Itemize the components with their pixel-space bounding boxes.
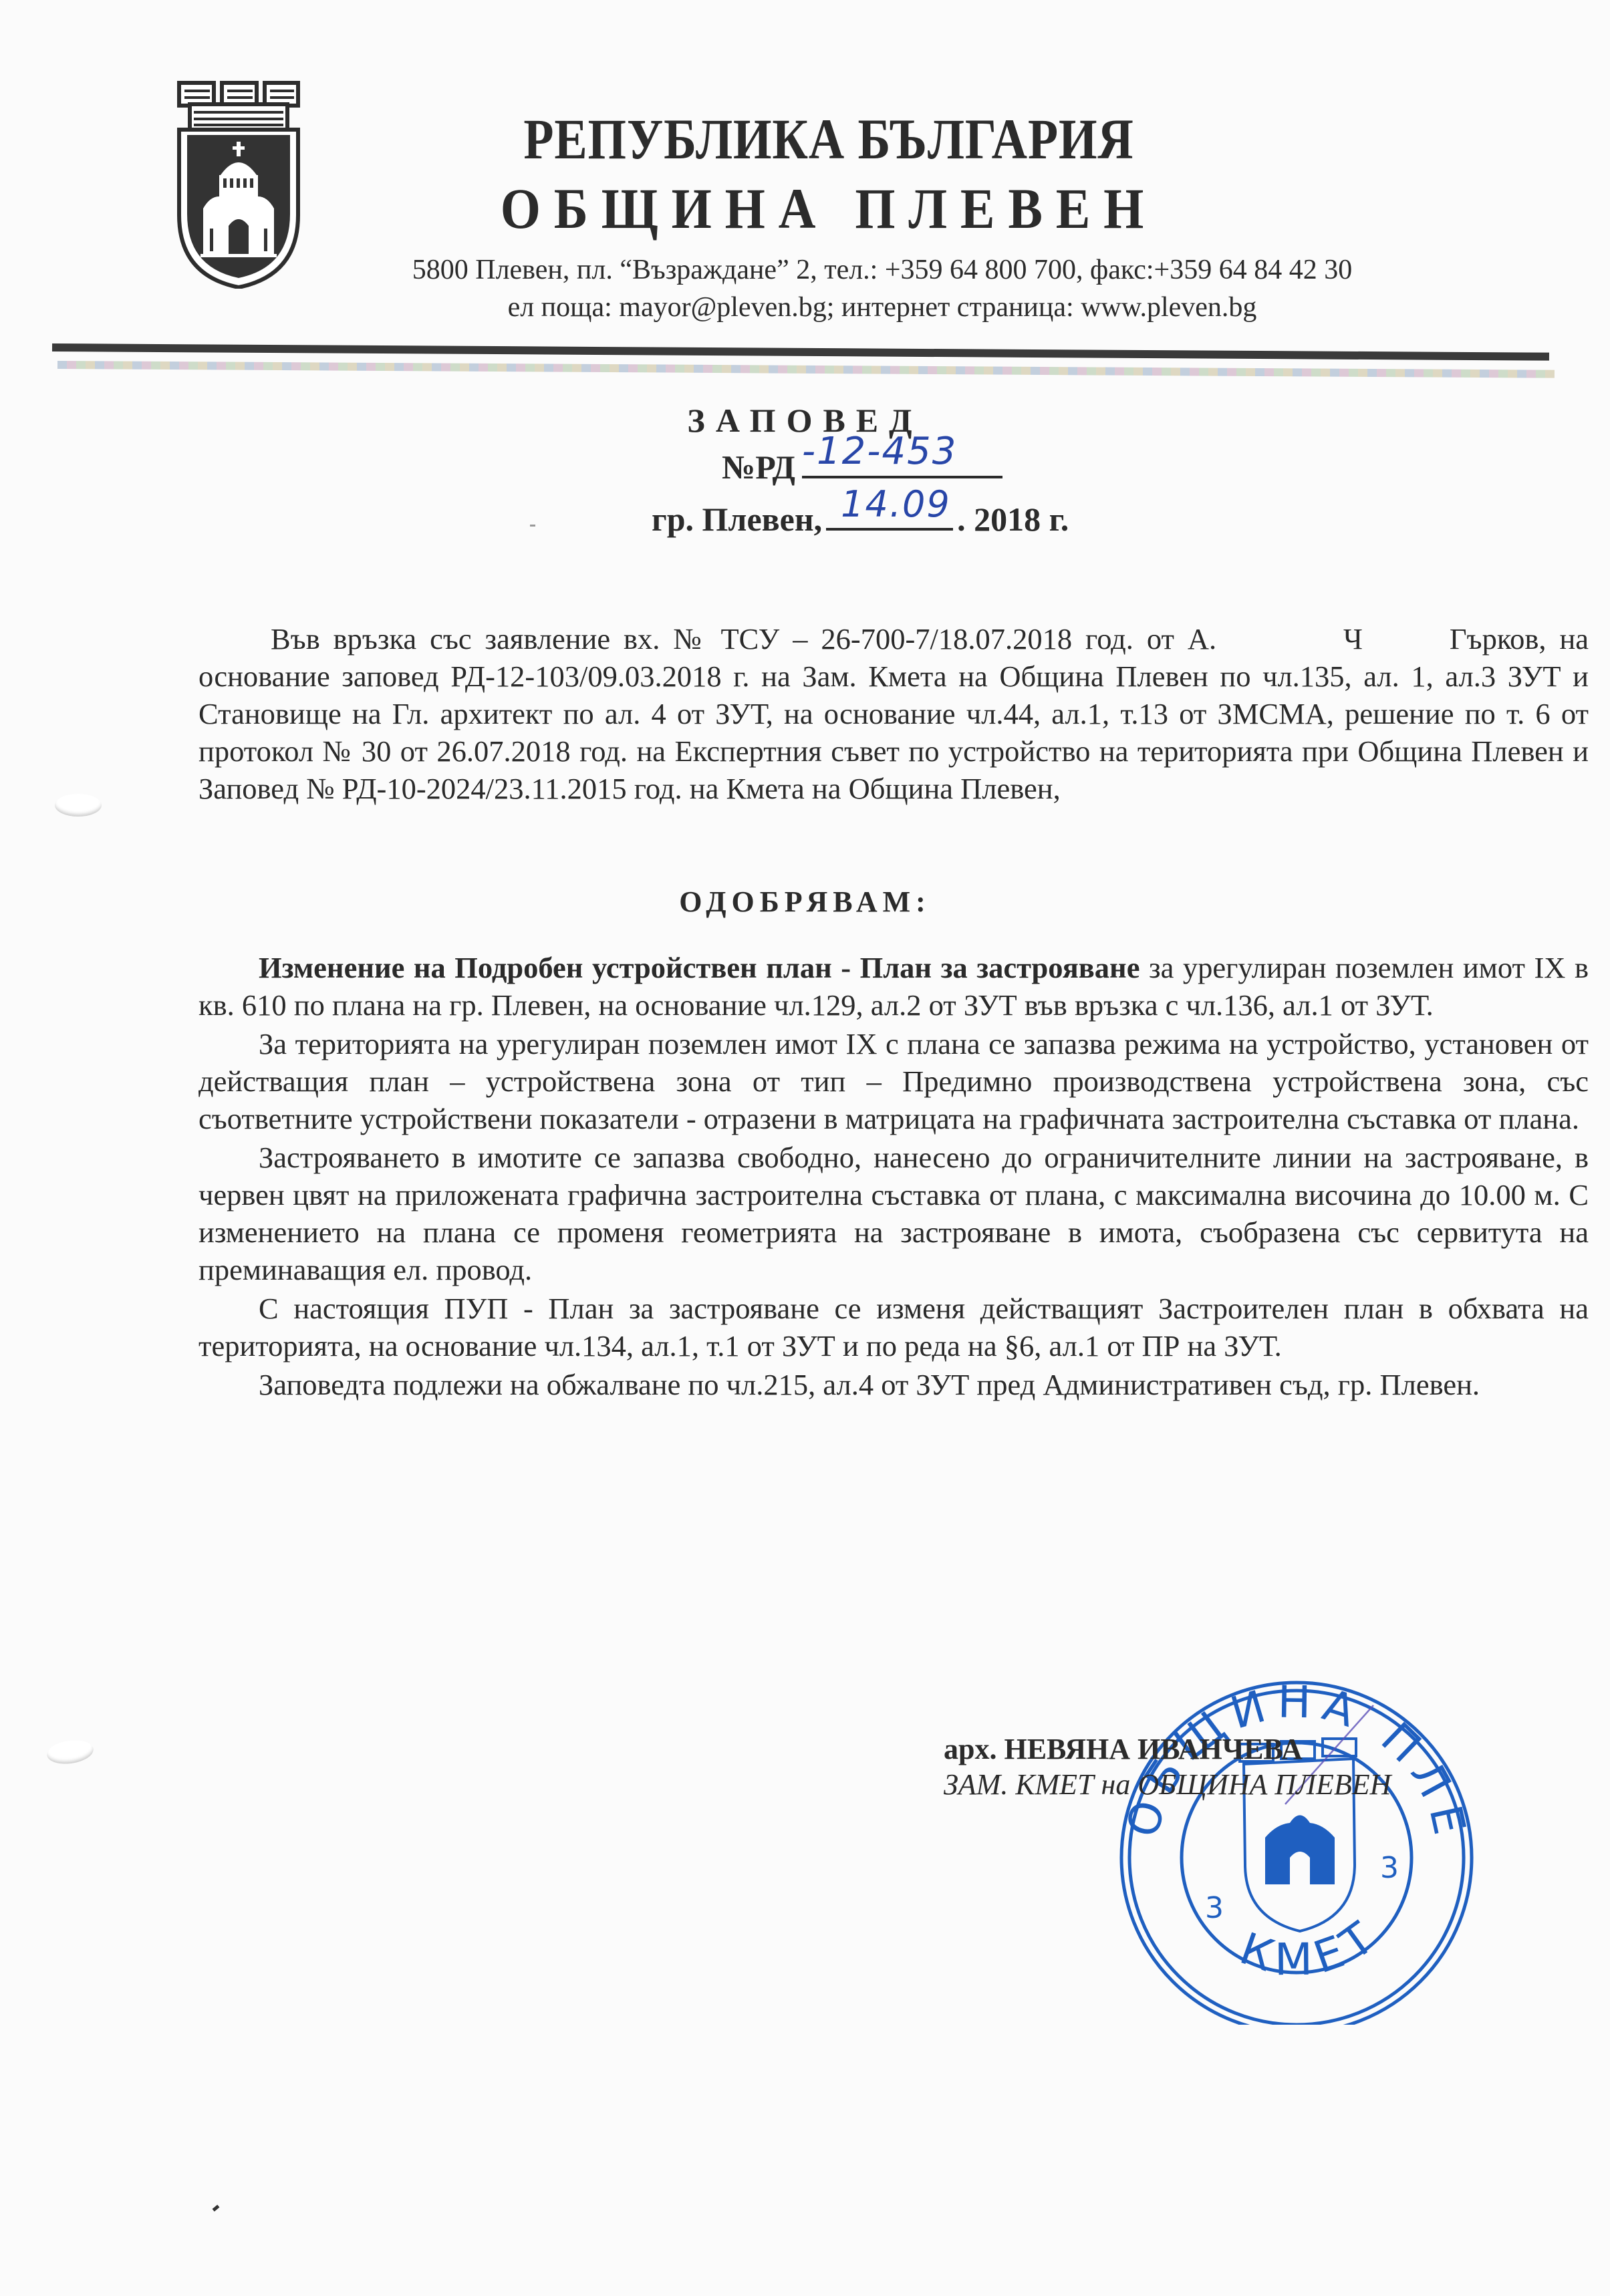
approve-heading: ОДОБРЯВАМ:	[0, 885, 1610, 919]
header-divider	[52, 343, 1549, 361]
pleven-coat-of-arms-icon	[175, 75, 302, 289]
scan-speck	[530, 525, 535, 527]
date-blank: 14.09	[826, 494, 953, 531]
intro-initial: Ч	[1343, 622, 1363, 656]
date-suffix: . 2018 г.	[957, 500, 1069, 538]
place-prefix: гр. Плевен,	[652, 500, 822, 538]
svg-text:КМЕТ: КМЕТ	[1234, 1908, 1389, 1985]
document-page: РЕПУБЛИКА БЪЛГАРИЯ ОБЩИНА ПЛЕВЕН 5800 Пл…	[0, 0, 1610, 2296]
scan-speck	[213, 2204, 220, 2211]
redacted-name-2	[1376, 629, 1436, 656]
punch-hole-top	[55, 794, 102, 817]
address-line: 5800 Плевен, пл. “Възраждане” 2, тел.: +…	[314, 254, 1450, 286]
body-paragraph-5: Заповедта подлежи на обжалване по чл.215…	[198, 1366, 1589, 1403]
contact-line: ел поща: mayor@pleven.bg; интернет стран…	[314, 291, 1450, 323]
date-handwritten: 14.09	[841, 483, 951, 525]
body-paragraph-3: Застрояването в имотите се запазва свобо…	[198, 1139, 1589, 1288]
municipality-name: ОБЩИНА ПЛЕВЕН	[468, 175, 1190, 242]
country-name: РЕПУБЛИКА БЪЛГАРИЯ	[484, 106, 1174, 172]
order-number-blank: -12-453	[802, 442, 1002, 478]
signatory-title: ЗАМ. КМЕТ на ОБЩИНА ПЛЕВЕН	[944, 1767, 1391, 1802]
order-number: №РД-12-453	[722, 442, 1002, 486]
order-body: Изменение на Подробен устройствен план -…	[198, 949, 1589, 1405]
body-paragraph-1: Изменение на Подробен устройствен план -…	[198, 949, 1589, 1024]
letterhead-title: РЕПУБЛИКА БЪЛГАРИЯ ОБЩИНА ПЛЕВЕН	[428, 106, 1230, 242]
body-paragraph-4: С настоящия ПУП - План за застрояване се…	[198, 1290, 1589, 1365]
svg-text:3: 3	[1380, 1851, 1399, 1885]
intro-text-start: Във връзка със заявление вх. № ТСУ – 26-…	[271, 622, 1216, 656]
svg-text:3: 3	[1205, 1891, 1224, 1925]
body-paragraph-1-bold: Изменение на Подробен устройствен план -…	[259, 951, 1139, 984]
punch-hole-bottom	[45, 1737, 95, 1766]
official-stamp-icon: ОБЩИНА ПЛЕВЕН КМЕТ 3 3	[1106, 1664, 1487, 2025]
order-number-handwritten: -12-453	[802, 430, 958, 473]
signatory-name: арх. НЕВЯНА ИВАНЧЕВА	[944, 1732, 1303, 1766]
order-place-date: гр. Плевен,14.09. 2018 г.	[652, 494, 1069, 539]
intro-paragraph: Във връзка със заявление вх. № ТСУ – 26-…	[198, 620, 1589, 807]
header-divider-scan-artifact	[57, 361, 1555, 378]
redacted-name	[1230, 629, 1330, 656]
body-paragraph-2: За територията на урегулиран поземлен им…	[198, 1025, 1589, 1137]
order-number-prefix: №РД	[722, 448, 795, 486]
